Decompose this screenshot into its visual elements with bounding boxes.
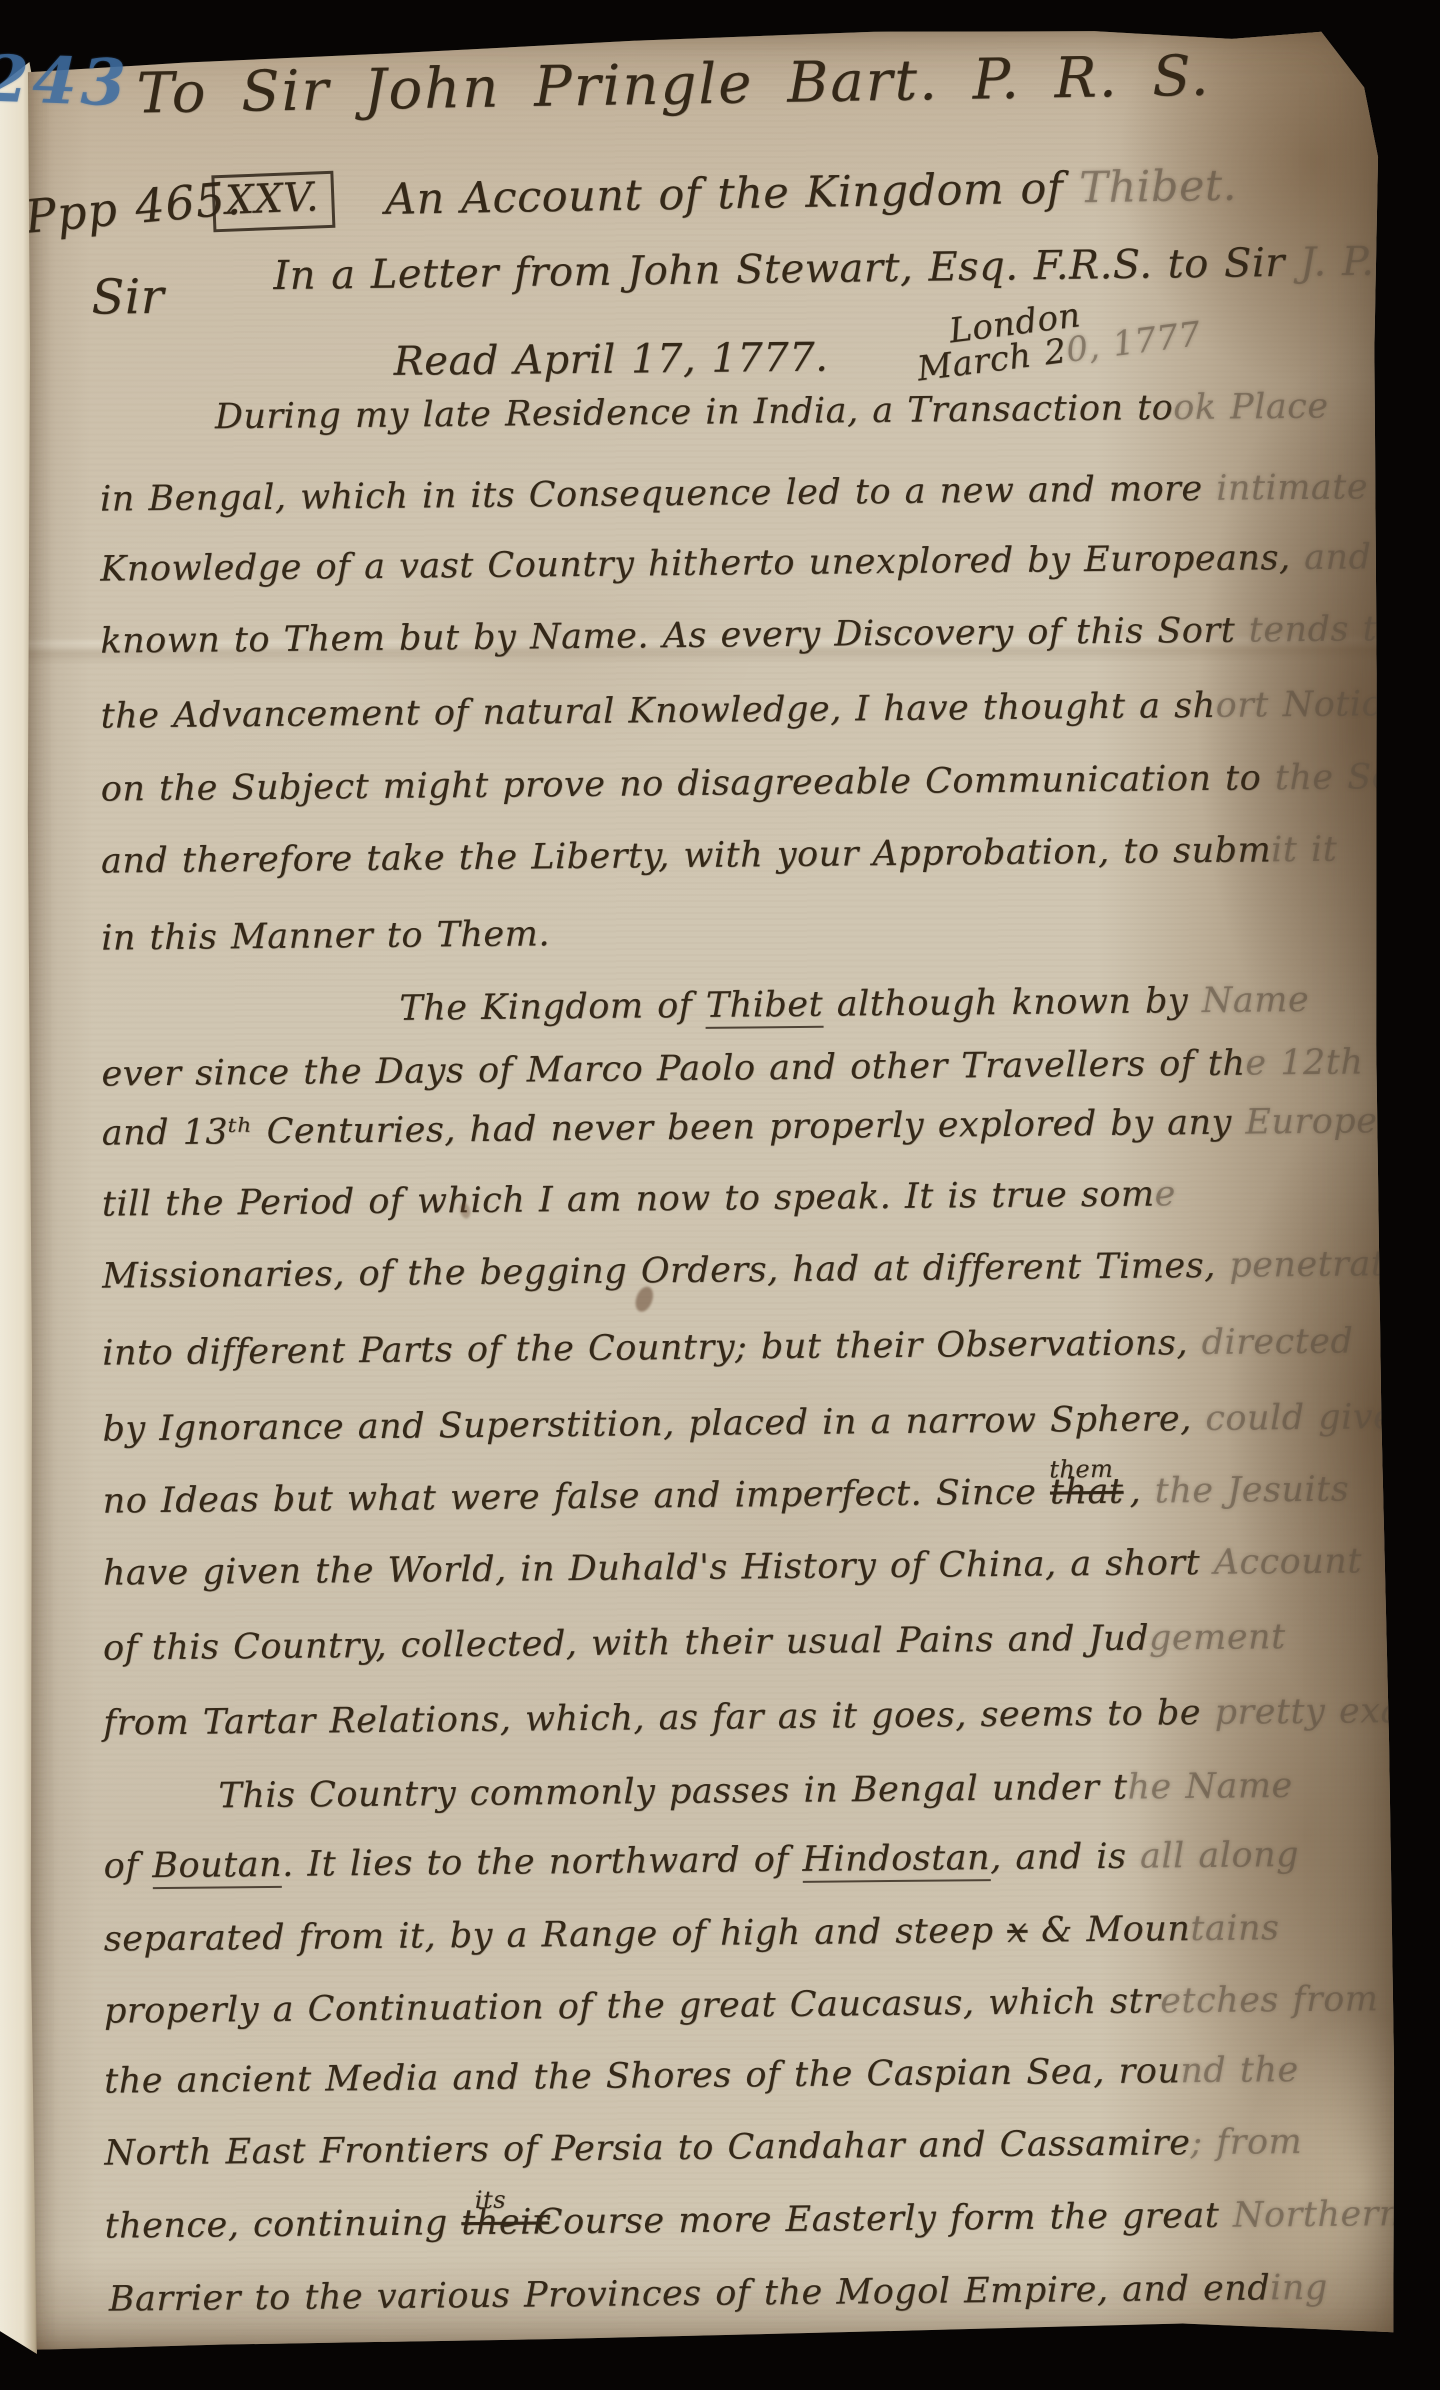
- ink-text: & Moun: [1027, 1909, 1190, 1951]
- ink-text: from Tartar Relations, which, as far as …: [103, 1693, 1215, 1744]
- faded-text: Northern: [1233, 2194, 1402, 2236]
- faded-text: European: [1245, 1101, 1422, 1143]
- ink-text: no Ideas but what were false and imperfe…: [102, 1473, 1050, 1522]
- ink-text: of this Country, collected, with their u…: [103, 1619, 1149, 1669]
- ink-text: Sir: [91, 269, 164, 326]
- ink-text: ,: [1129, 1471, 1155, 1511]
- faded-text: pretty exact: [1214, 1691, 1436, 1733]
- manuscript-line: Barrier to the various Provinces of the …: [109, 2268, 1328, 2320]
- manuscript-line: North East Frontiers of Persia to Candah…: [104, 2122, 1302, 2173]
- manuscript-line: Missionaries, of the begging Orders, had…: [102, 1244, 1430, 1297]
- ink-text: The Kingdom of: [399, 986, 706, 1029]
- ink-text: This Country commonly passes in Bengal u…: [218, 1768, 1127, 1817]
- faded-text: ing: [1270, 2268, 1328, 2309]
- ink-text: the ancient Media and the Shores of the …: [104, 2051, 1181, 2101]
- faded-text: nd the: [1180, 2050, 1299, 2091]
- manuscript-text: To Sir John Pringle Bart. P. R. S.Ppp 46…: [21, 22, 1397, 26]
- read-date-line: Read April 17, 1777.: [393, 335, 828, 385]
- faded-text: e 12th: [1245, 1042, 1363, 1083]
- faded-text: directed: [1201, 1322, 1353, 1363]
- faded-text: ok Place: [1173, 387, 1329, 428]
- ink-text: Barrier to the various Provinces of the …: [109, 2268, 1271, 2319]
- inserted-word: its: [475, 2186, 506, 2214]
- shelfmark: Ppp 465.: [23, 171, 244, 244]
- faded-text: 0, 1777: [1064, 314, 1203, 371]
- manuscript-line: known to Them but by Name. As every Disc…: [100, 609, 1399, 661]
- underlined-word: Boutan: [152, 1845, 282, 1889]
- manuscript-line: properly a Continuation of the great Cau…: [104, 1979, 1379, 2031]
- ink-text: and therefore take the Liberty, with you…: [101, 830, 1272, 881]
- ink-text: , and is: [990, 1837, 1140, 1878]
- byline: In a Letter from John Stewart, Esq. F.R.…: [273, 239, 1375, 299]
- faded-text: ort Notice: [1215, 684, 1403, 726]
- heading-line: An Account of the Kingdom of Thibet.: [385, 161, 1238, 225]
- ink-text: To Sir John Pringle Bart. P. R. S.: [136, 44, 1211, 127]
- faded-text: could give: [1205, 1397, 1394, 1439]
- ink-text: thence, continuing: [104, 2203, 461, 2246]
- ink-text: and 13ᵗʰ Centuries, had never been prope…: [102, 1103, 1246, 1154]
- manuscript-line: This Country commonly passes in Bengal u…: [218, 1766, 1293, 1816]
- ink-text: An Account of the Kingdom of: [385, 163, 1080, 225]
- ink-text: have given the World, in Duhald's Histor…: [103, 1543, 1214, 1594]
- manuscript-line: in this Manner to Them.: [101, 914, 550, 958]
- ink-text: During my late Residence in India, a Tra…: [215, 388, 1174, 437]
- ink-text: Missionaries, of the begging Orders, had…: [102, 1246, 1230, 1297]
- faded-text: tains: [1190, 1908, 1280, 1949]
- manuscript-line: have given the World, in Duhald's Histor…: [103, 1542, 1362, 1594]
- manuscript-line: of Boutan. It lies to the northward of H…: [103, 1835, 1299, 1886]
- ink-text: known to Them but by Name. As every Disc…: [100, 611, 1249, 662]
- faded-text: J. P.: [1300, 239, 1375, 286]
- manuscript-line: the Advancement of natural Knowledge, I …: [100, 684, 1403, 736]
- ink-text: in Bengal, which in its Consequence led …: [100, 469, 1217, 520]
- scan-background: To Sir John Pringle Bart. P. R. S.Ppp 46…: [0, 0, 1440, 2390]
- manuscript-line: till the Period of which I am now to spe…: [102, 1174, 1176, 1224]
- title-line: To Sir John Pringle Bart. P. R. S.: [136, 44, 1211, 127]
- faded-text: Account: [1214, 1542, 1363, 1583]
- underlined-word: Hindostan: [802, 1838, 990, 1883]
- manuscript-line: the ancient Media and the Shores of the …: [104, 2050, 1299, 2101]
- faded-text: it it: [1271, 830, 1338, 871]
- faded-text: etches from: [1160, 1979, 1379, 2021]
- faded-text: Thibet.: [1079, 161, 1237, 214]
- ink-text: XXV.: [224, 174, 319, 223]
- faded-text: ; from: [1190, 2122, 1302, 2163]
- ink-text: Knowledge of a vast Country hitherto une…: [100, 538, 1304, 590]
- faded-text: gement: [1149, 1617, 1286, 1658]
- ink-text: In a Letter from John Stewart, Esq. F.R.…: [273, 240, 1300, 299]
- faded-text: penetrated: [1229, 1244, 1430, 1286]
- salutation: Sir: [91, 269, 164, 326]
- manuscript-line: on the Subject might prove no disagreeab…: [101, 756, 1440, 809]
- manuscript-line: Knowledge of a vast Country hitherto une…: [100, 536, 1440, 589]
- article-number-box: XXV.: [211, 171, 335, 233]
- faded-text: tends to: [1249, 609, 1399, 650]
- manuscript-line: no Ideas but what were false and imperfe…: [102, 1470, 1349, 1522]
- underlined-word: Thibet: [706, 985, 824, 1029]
- faded-text: he Name: [1127, 1766, 1293, 1808]
- ink-text: by Ignorance and Superstition, placed in…: [102, 1399, 1205, 1450]
- ink-text: although known by: [823, 981, 1202, 1025]
- manuscript-line: in Bengal, which in its Consequence led …: [100, 467, 1368, 519]
- manuscript-line: and 13ᵗʰ Centuries, had never been prope…: [102, 1101, 1422, 1154]
- ink-text: till the Period of which I am now to spe…: [102, 1174, 1155, 1224]
- inserted-word: them: [1049, 1455, 1113, 1484]
- faded-text: the Jesuits: [1155, 1470, 1350, 1512]
- manuscript-line: by Ignorance and Superstition, placed in…: [102, 1397, 1394, 1449]
- faded-text: all along: [1140, 1835, 1299, 1877]
- ink-text: the Advancement of natural Knowledge, I …: [100, 686, 1215, 737]
- ink-text: on the Subject might prove no disagreeab…: [101, 758, 1275, 809]
- ink-text: March 2: [915, 331, 1069, 389]
- ink-text: of: [103, 1846, 152, 1886]
- faded-text: Name: [1202, 980, 1310, 1021]
- ink-text: into different Parts of the Country; but…: [102, 1323, 1202, 1374]
- ink-text: Course more Easterly form the great: [522, 2196, 1233, 2243]
- faded-text: and scarce: [1304, 536, 1440, 578]
- faded-text: intimate: [1216, 467, 1368, 508]
- manuscript-line: During my late Residence in India, a Tra…: [215, 387, 1329, 438]
- manuscript-line: ever since the Days of Marco Paolo and o…: [101, 1042, 1363, 1094]
- manuscript-line: into different Parts of the Country; but…: [102, 1322, 1354, 1374]
- struck-word: x: [1007, 1911, 1028, 1951]
- manuscript-line: The Kingdom of Thibet although known by …: [399, 980, 1309, 1029]
- manuscript-line: of this Country, collected, with their u…: [103, 1617, 1286, 1668]
- ink-text: separated from it, by a Range of high an…: [104, 1911, 1008, 1960]
- ink-text: properly a Continuation of the great Cau…: [104, 1981, 1161, 2031]
- ink-text: North East Frontiers of Persia to Candah…: [104, 2123, 1190, 2173]
- manuscript-line: separated from it, by a Range of high an…: [104, 1908, 1280, 1959]
- ink-text: ever since the Days of Marco Paolo and o…: [101, 1044, 1245, 1095]
- faded-text: the Society: [1275, 756, 1440, 798]
- ink-text: Read April 17, 1777.: [393, 335, 828, 385]
- faded-text: e: [1154, 1174, 1176, 1214]
- page-number-stamp: 243: [0, 41, 131, 121]
- ink-text: in this Manner to Them.: [101, 914, 550, 958]
- manuscript-line: from Tartar Relations, which, as far as …: [103, 1691, 1437, 1744]
- manuscript-page: To Sir John Pringle Bart. P. R. S.Ppp 46…: [21, 22, 1403, 2350]
- ink-text: Ppp 465.: [23, 171, 244, 244]
- manuscript-line: and therefore take the Liberty, with you…: [101, 830, 1338, 882]
- manuscript-line: thence, continuing theirits Course more …: [104, 2194, 1402, 2246]
- ink-text: . It lies to the northward of: [282, 1840, 803, 1885]
